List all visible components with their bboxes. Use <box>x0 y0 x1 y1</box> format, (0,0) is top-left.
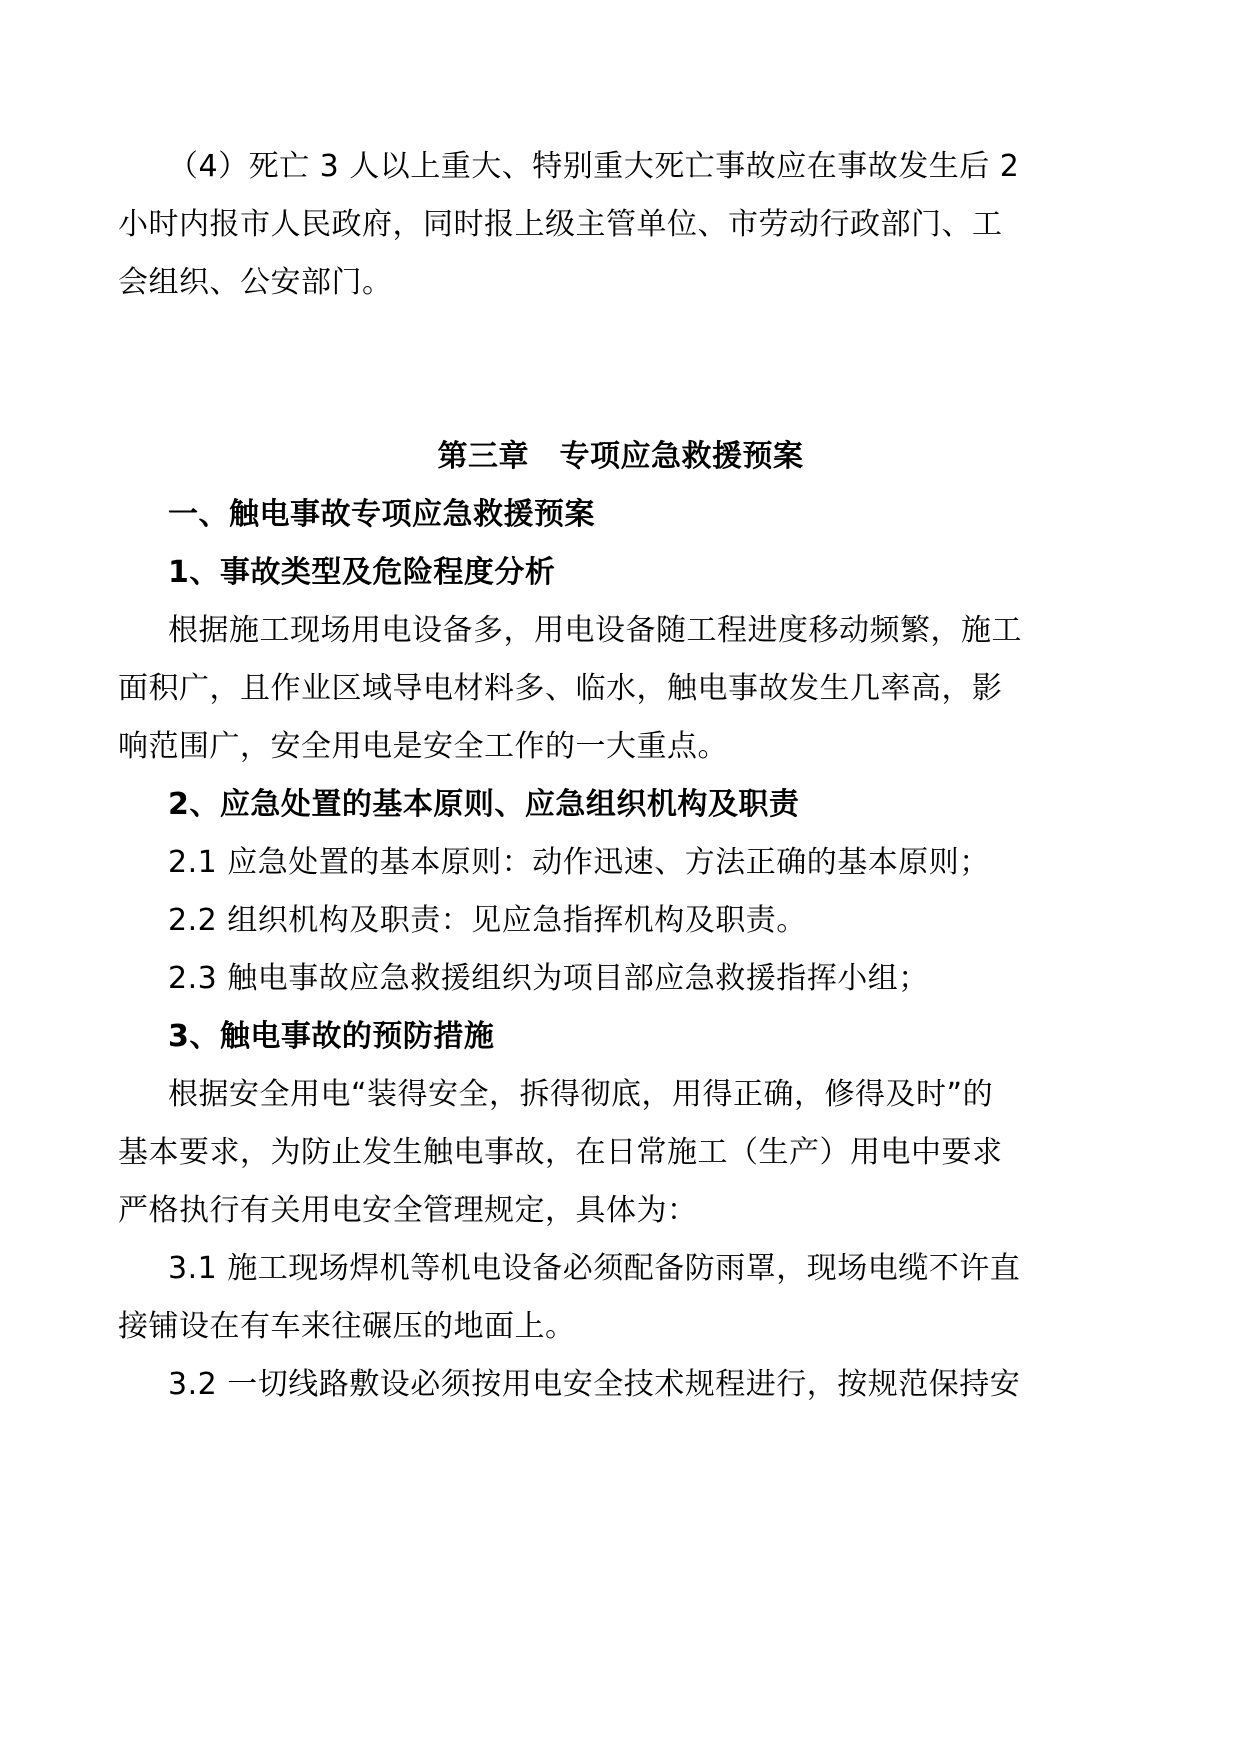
subsection-3-heading: 3、触电事故的预防措施 <box>168 1017 1048 1057</box>
subsection-1-line-2: 面积广，且作业区域导电材料多、临水，触电事故发生几率高，影 <box>118 669 998 709</box>
paragraph-4-line-2: 小时内报市人民政府，同时报上级主管单位、市劳动行政部门、工 <box>118 205 998 245</box>
item-3-2-line-1: 3.2 一切线路敷设必须按用电安全技术规程进行，按规范保持安 <box>168 1365 1048 1405</box>
subsection-3-intro-line-1: 根据安全用电“装得安全，拆得彻底，用得正确，修得及时”的 <box>168 1075 1048 1115</box>
subsection-2-item-2-2: 2.2 组织机构及职责：见应急指挥机构及职责。 <box>168 901 1048 941</box>
paragraph-4-line-3: 会组织、公安部门。 <box>118 263 998 303</box>
item-3-1-line-2: 接铺设在有车来往碾压的地面上。 <box>118 1307 998 1347</box>
subsection-3-intro-line-2: 基本要求，为防止发生触电事故，在日常施工（生产）用电中要求 <box>118 1133 998 1173</box>
subsection-1-heading: 1、事故类型及危险程度分析 <box>168 553 1048 593</box>
chapter-title: 第三章 专项应急救援预案 <box>0 437 1241 477</box>
section-1-heading: 一、触电事故专项应急救援预案 <box>168 495 1048 535</box>
subsection-1-line-1: 根据施工现场用电设备多，用电设备随工程进度移动频繁，施工 <box>168 611 1048 651</box>
subsection-2-item-2-3: 2.3 触电事故应急救援组织为项目部应急救援指挥小组； <box>168 959 1048 999</box>
subsection-2-item-2-1: 2.1 应急处置的基本原则：动作迅速、方法正确的基本原则； <box>168 843 1048 883</box>
subsection-1-line-3: 响范围广，安全用电是安全工作的一大重点。 <box>118 727 998 767</box>
document-page: （4）死亡 3 人以上重大、特别重大死亡事故应在事故发生后 2 小时内报市人民政… <box>0 0 1241 1754</box>
subsection-3-intro-line-3: 严格执行有关用电安全管理规定，具体为： <box>118 1191 998 1231</box>
item-3-1-line-1: 3.1 施工现场焊机等机电设备必须配备防雨罩，现场电缆不许直 <box>168 1249 1048 1289</box>
subsection-2-heading: 2、应急处置的基本原则、应急组织机构及职责 <box>168 785 1048 825</box>
paragraph-4-line-1: （4）死亡 3 人以上重大、特别重大死亡事故应在事故发生后 2 <box>168 147 1048 187</box>
